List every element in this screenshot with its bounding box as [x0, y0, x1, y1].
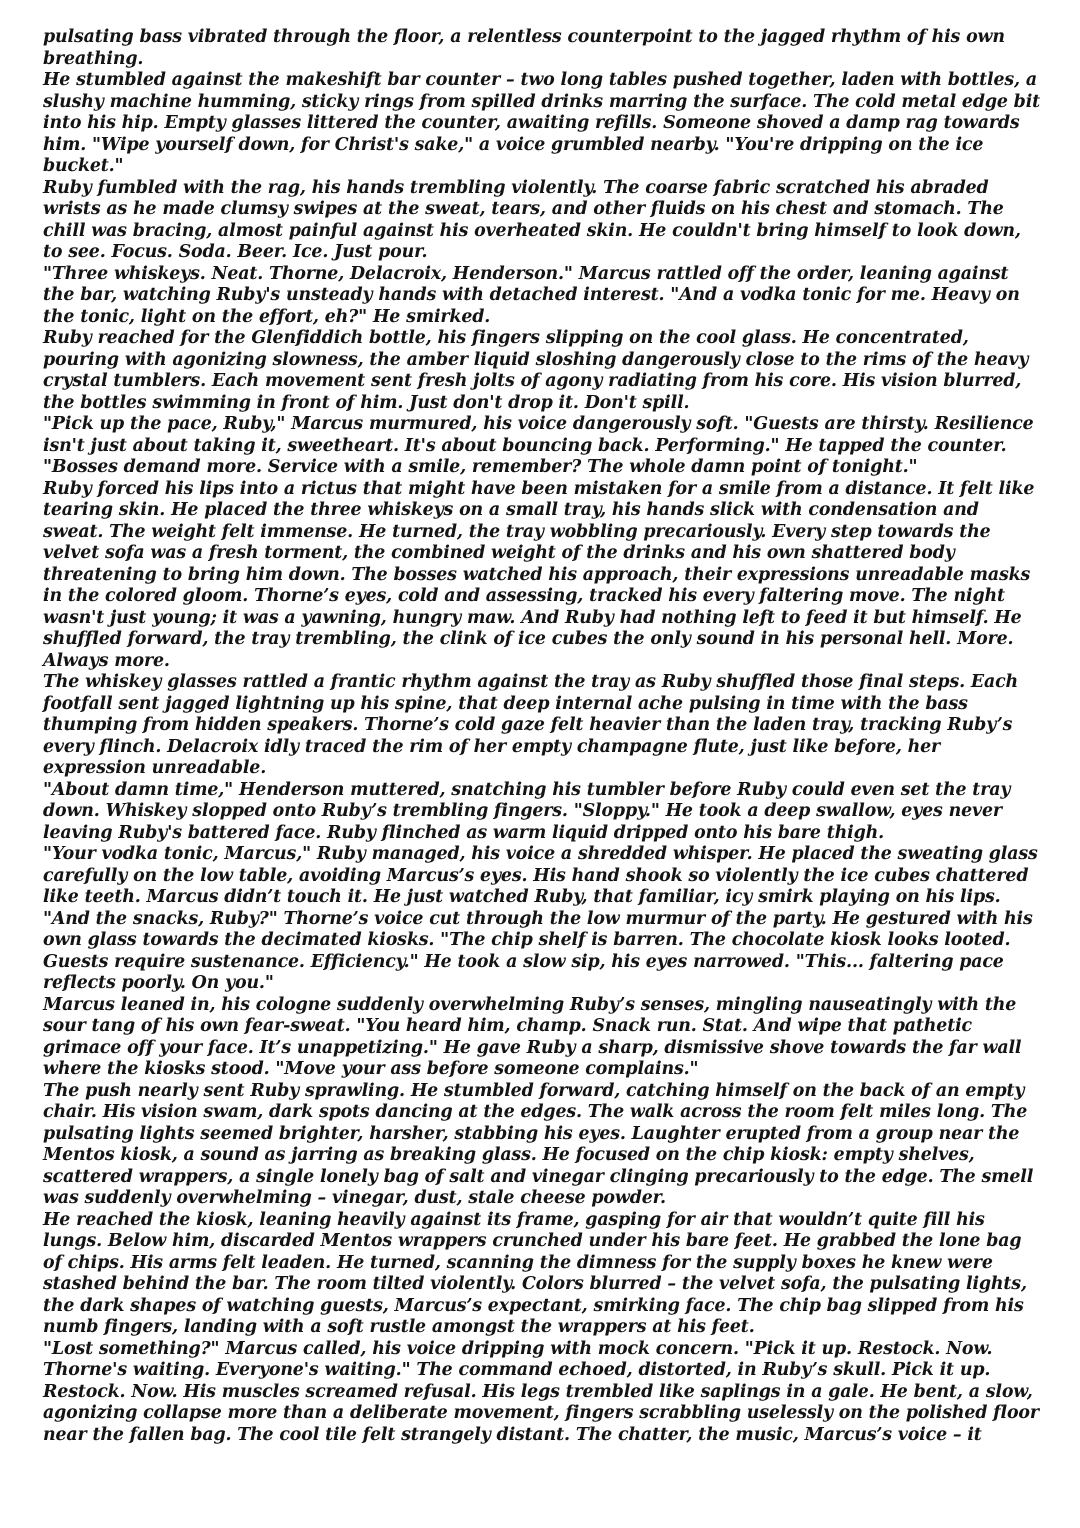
paragraph: Marcus leaned in, his cologne suddenly o…	[43, 995, 1043, 1081]
paragraph: "Lost something?" Marcus called, his voi…	[43, 1339, 1043, 1447]
paragraph: The whiskey glasses rattled a frantic rh…	[43, 672, 1043, 780]
paragraph: "And the snacks, Ruby?" Thorne’s voice c…	[43, 909, 1043, 995]
paragraph: The push nearly sent Ruby sprawling. He …	[43, 1081, 1043, 1210]
paragraph: "Three whiskeys. Neat. Thorne, Delacroix…	[43, 264, 1043, 329]
paragraph: "About damn time," Henderson muttered, s…	[43, 780, 1043, 845]
paragraph: Ruby forced his lips into a rictus that …	[43, 479, 1043, 673]
paragraph: He reached the kiosk, leaning heavily ag…	[43, 1210, 1043, 1339]
paragraph: Ruby reached for the Glenfiddich bottle,…	[43, 328, 1043, 414]
paragraph: "Your vodka tonic, Marcus," Ruby managed…	[43, 844, 1043, 909]
paragraph: pulsating bass vibrated through the floo…	[43, 27, 1043, 70]
paragraph: He stumbled against the makeshift bar co…	[43, 70, 1043, 178]
paragraph: Ruby fumbled with the rag, his hands tre…	[43, 178, 1043, 264]
paragraph: "Pick up the pace, Ruby," Marcus murmure…	[43, 414, 1043, 479]
document-body: pulsating bass vibrated through the floo…	[43, 27, 1043, 1446]
